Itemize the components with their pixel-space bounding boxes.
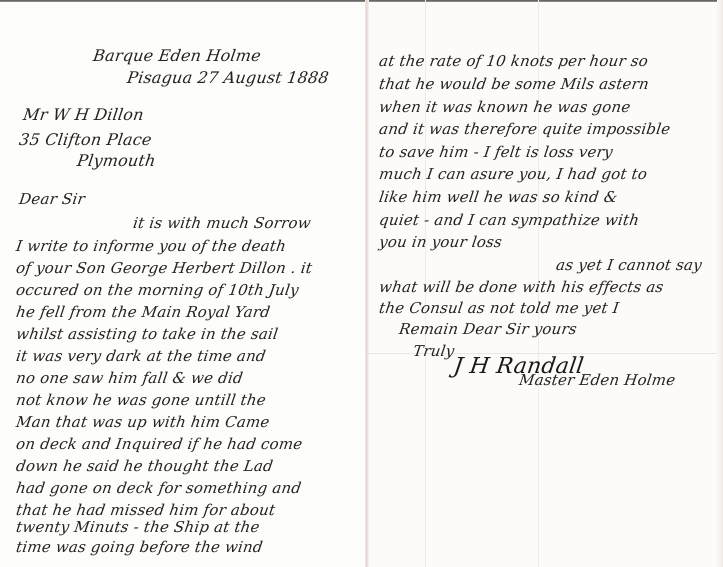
closing-line: Truly [412,342,456,360]
body-line: it is with much Sorrow [132,214,312,232]
body-line: that he had missed him for about [15,501,277,519]
body-line: occured on the morning of 10th July [15,281,300,299]
page-edge-shadow [717,0,723,567]
body-line: when it was known he was gone [378,98,632,116]
body-line: down he said he thought the Lad [15,457,274,475]
body-line: you in your loss [378,233,503,251]
recipient-street: 35 Clifton Place [18,130,153,149]
signer-title: Master Eden Holme [518,371,677,389]
heading-ship: Barque Eden Holme [92,46,262,65]
body-line: as yet I cannot say [555,256,703,274]
body-line: no one saw him fall & we did [15,369,244,387]
body-line: of your Son George Herbert Dillon . it [15,259,313,277]
body-line: it was very dark at the time and [15,347,267,365]
heading-place-date: Pisagua 27 August 1888 [126,68,330,87]
salutation: Dear Sir [18,190,86,208]
body-line: what will be done with his effects as [378,278,665,296]
body-line: time was going before the wind [15,538,264,556]
body-line: quiet - and I can sympathize with [378,211,640,229]
recipient-city: Plymouth [76,151,157,170]
body-line: that he would be some Mils astern [378,75,650,93]
body-line: to save him - I felt is loss very [378,143,614,161]
body-line: like him well he was so kind & [378,188,619,206]
center-fold [365,0,369,567]
body-line: whilst assisting to take in the sail [15,325,279,343]
body-line: at the rate of 10 knots per hour so [378,52,649,70]
body-line: he fell from the Main Royal Yard [15,303,271,321]
closing-line: Remain Dear Sir yours [398,320,578,338]
body-line: on deck and Inquired if he had come [15,435,304,453]
body-line: the Consul as not told me yet I [378,299,620,317]
recipient-name: Mr W H Dillon [22,105,145,124]
body-line: much I can asure you, I had got to [378,165,648,183]
body-line: not know he was gone untill the [15,391,267,409]
body-line: Man that was up with him Came [15,413,271,431]
body-line: and it was therefore quite impossible [378,120,672,138]
body-line: had gone on deck for something and [15,479,303,497]
body-line: I write to informe you of the death [15,237,287,255]
body-line: twenty Minuts - the Ship at the [15,518,261,536]
